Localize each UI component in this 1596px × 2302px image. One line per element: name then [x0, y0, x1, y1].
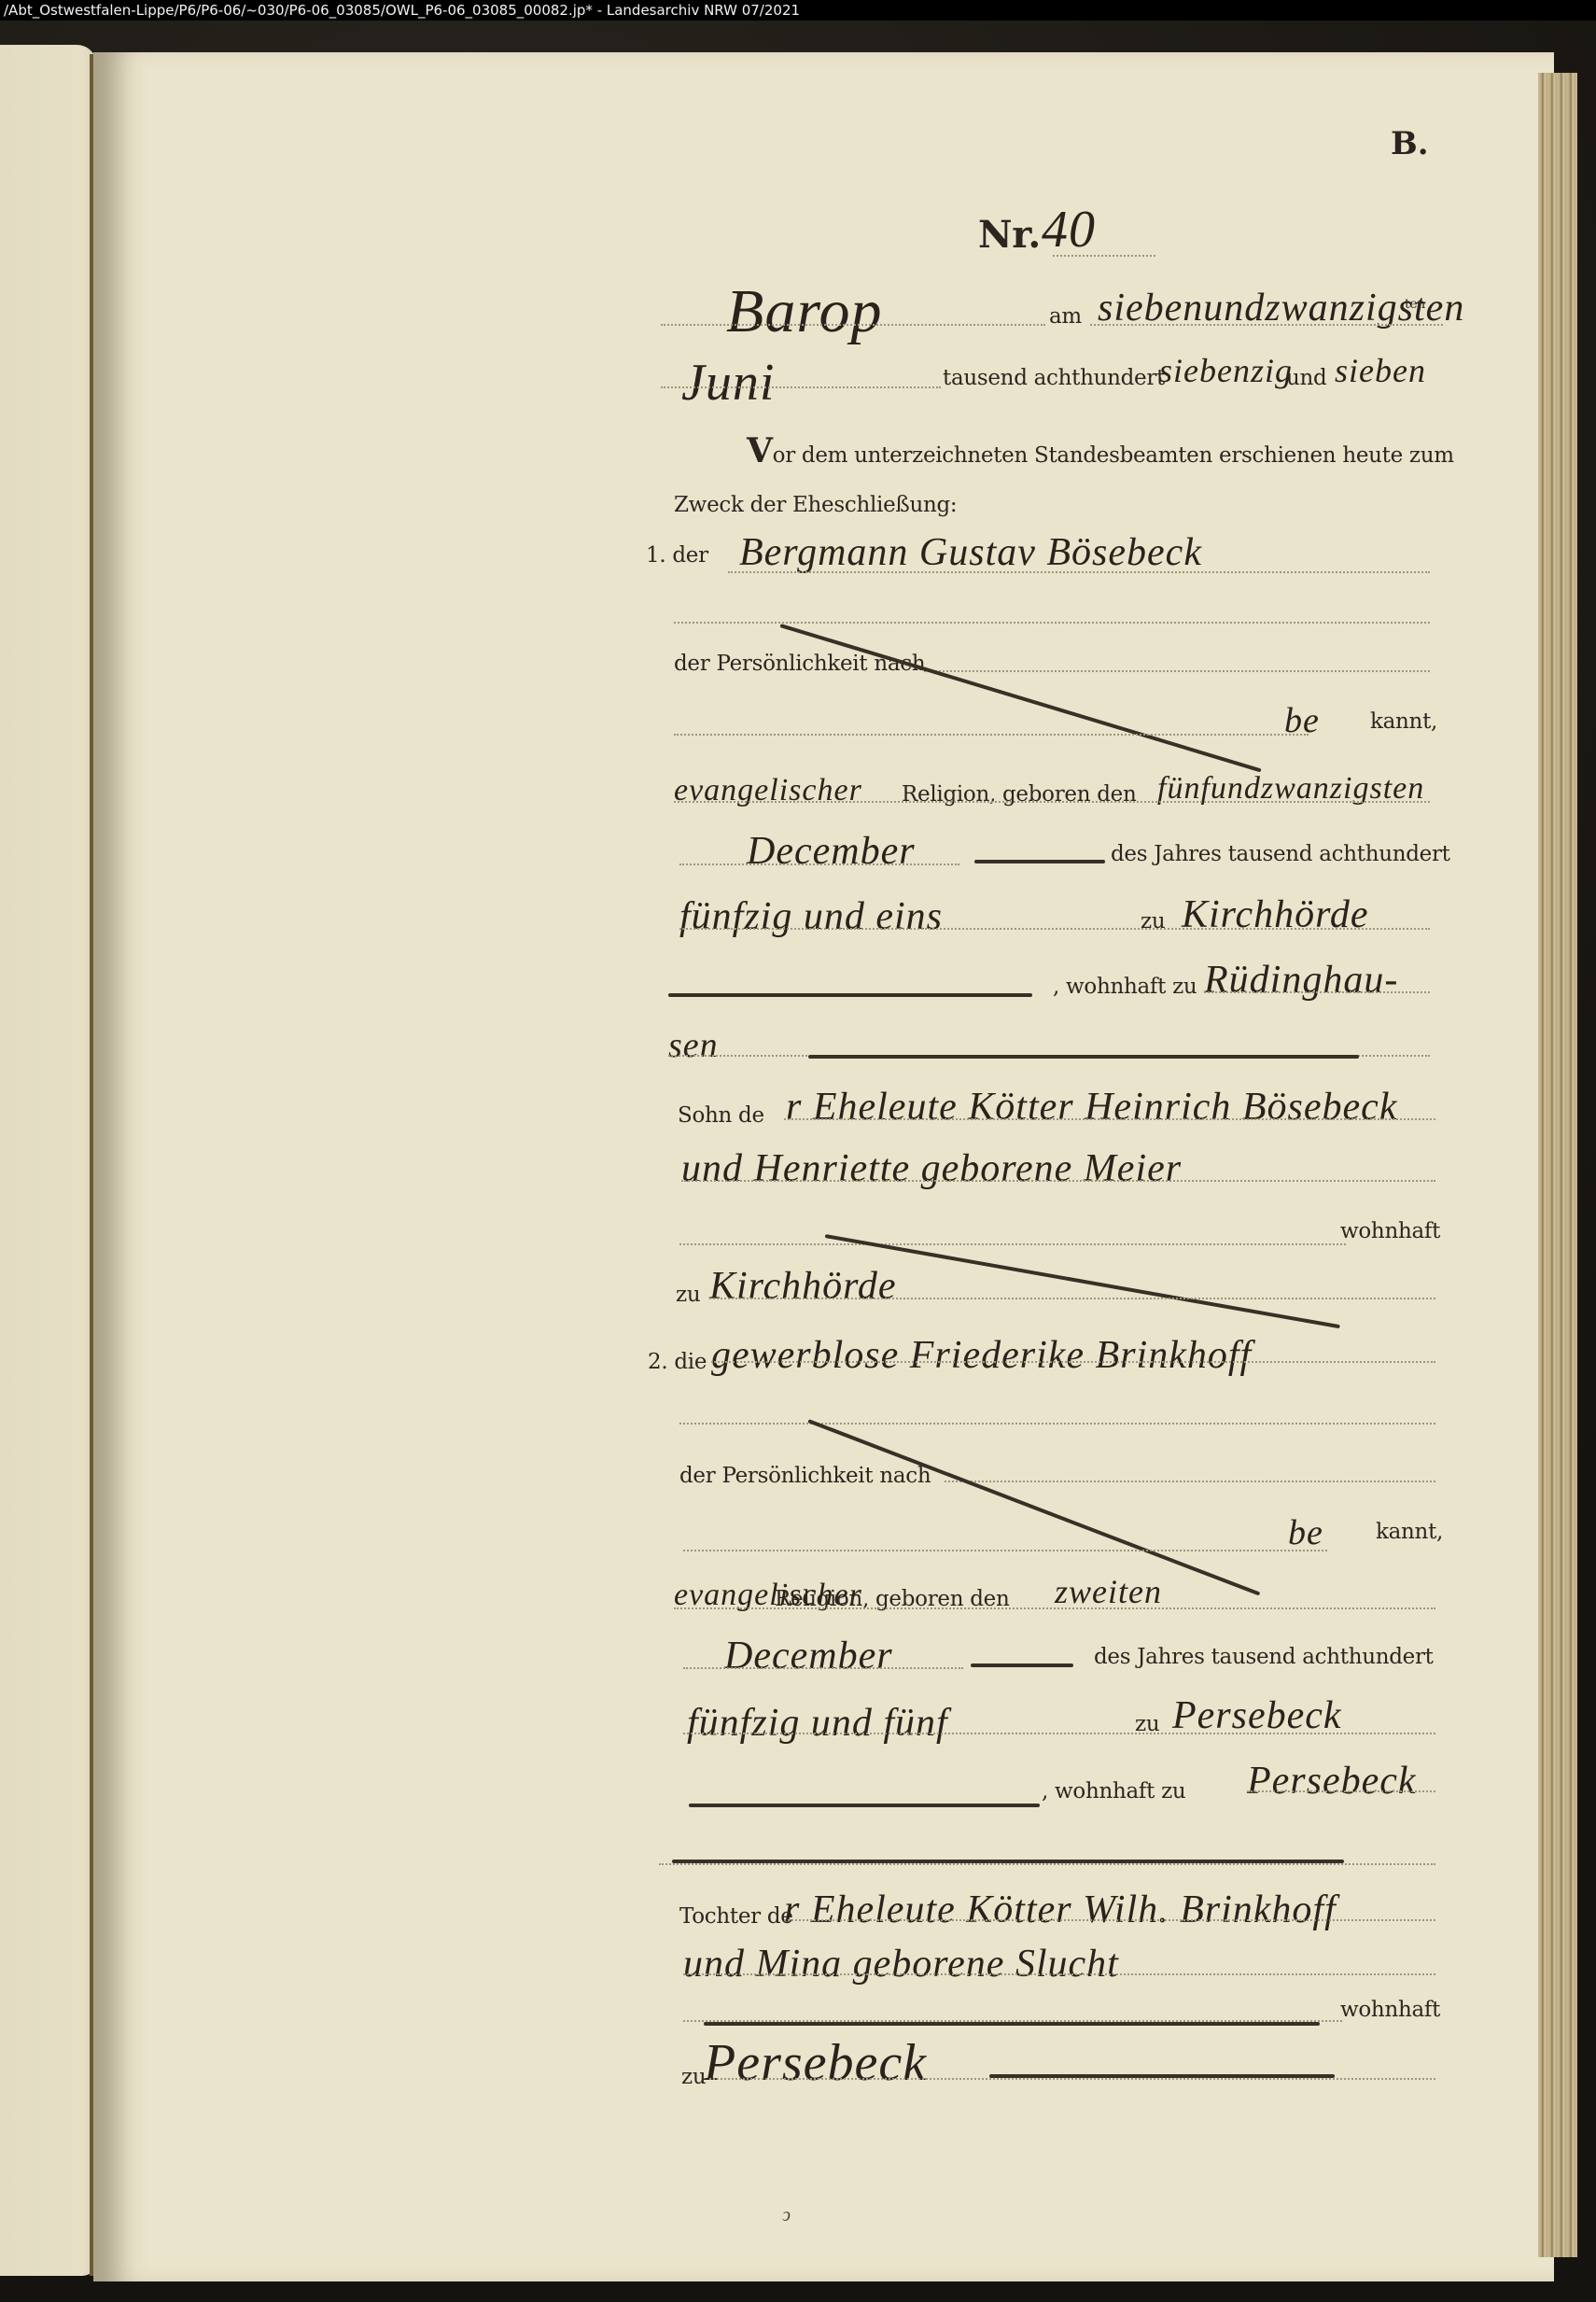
year-tens: siebenzig: [1159, 351, 1293, 390]
groom-residence-fill: [668, 993, 1032, 997]
bride-mother-line: [683, 1973, 1435, 1975]
month-line: [661, 386, 941, 388]
groom-index-label: 1. der: [646, 543, 708, 568]
groom-mother: und Henriette geborene Meier: [681, 1146, 1182, 1191]
record-number-label: Nr.: [978, 213, 1041, 257]
groom-father: r Eheleute Kötter Heinrich Bösebeck: [786, 1085, 1397, 1130]
bride-residence-fill: [689, 1804, 1040, 1807]
groom-known-hand: be: [1284, 700, 1320, 741]
year-and: und: [1286, 366, 1326, 390]
record-number-line: [1053, 255, 1155, 257]
month-written: Juni: [681, 353, 775, 413]
groom-parents-res-prefix: zu: [676, 1283, 700, 1307]
place-line: [661, 324, 1045, 326]
bride-parents-res-label: wohnhaft: [1340, 1998, 1440, 2022]
bride-month-fill: [971, 1663, 1073, 1667]
section-letter: B.: [1391, 125, 1429, 162]
groom-birth-place-label: zu: [1141, 909, 1165, 933]
intro-text: or dem unterzeichneten Standesbeamten er…: [773, 443, 1454, 468]
registry-place: Barop: [726, 276, 883, 347]
page-edges: [1538, 73, 1577, 2257]
bride-birth-day: zweiten: [1055, 1572, 1162, 1611]
bride-parents-res-fill: [704, 2022, 1320, 2026]
groom-religion-line: [674, 801, 1430, 803]
day-line: [1090, 324, 1443, 326]
purpose-line: Zweck der Eheschließung:: [674, 493, 957, 517]
groom-known-print: kannt,: [1370, 709, 1437, 734]
groom-religion-label: Religion, geboren den: [902, 782, 1137, 807]
bride-identity-label: der Persönlichkeit nach: [679, 1464, 931, 1488]
bride-birth-place: Persebeck: [1172, 1693, 1342, 1738]
groom-name-line: [728, 571, 1430, 573]
window-title-bar: /Abt_Ostwestfalen-Lippe/P6/P6-06/~030/P6…: [0, 0, 1596, 21]
groom-birth-year: fünfzig und eins: [679, 894, 943, 939]
groom-religion: evangelischer: [674, 773, 862, 808]
bride-parents-res-line: [683, 2020, 1342, 2022]
groom-residence: Rüdinghau-: [1204, 958, 1398, 1003]
bride-residence-line: [1247, 1790, 1435, 1792]
left-page: [0, 45, 97, 2276]
window-title: /Abt_Ostwestfalen-Lippe/P6/P6-06/~030/P6…: [4, 2, 800, 19]
bride-blank-line: [679, 1423, 1435, 1425]
groom-parents-residence: Kirchhörde: [709, 1264, 897, 1309]
bride-residence: Persebeck: [1247, 1759, 1417, 1804]
bride-known-hand: be: [1288, 1512, 1323, 1553]
bride-religion-line: [674, 1607, 1435, 1609]
year-label: tausend achthundert: [943, 366, 1165, 390]
groom-identity-line: [924, 670, 1430, 672]
groom-year-label: des Jahres tausend achthundert: [1111, 842, 1450, 866]
intro-dropcap: V: [747, 431, 773, 470]
bride-mother: und Mina geborene Slucht: [683, 1942, 1119, 1986]
groom-month-line: [679, 863, 959, 865]
bride-blank-line-2: [659, 1863, 1435, 1865]
year-units: sieben: [1335, 351, 1426, 390]
bride-parents-place-line: [709, 2078, 1435, 2080]
groom-birth-month: December: [747, 829, 916, 874]
groom-parent-label: Sohn de: [678, 1103, 764, 1128]
intro-line: Vor dem unterzeichneten Standesbeamten e…: [747, 431, 1454, 470]
bride-father-line: [784, 1919, 1435, 1921]
bride-name-line: [711, 1361, 1435, 1363]
bride-known-line: [683, 1550, 1327, 1551]
groom-blank-line: [674, 622, 1430, 624]
groom-month-fill: [974, 860, 1105, 863]
day-suffix: ten: [1405, 297, 1425, 312]
bride-known-print: kannt,: [1376, 1520, 1443, 1544]
bride-parent-label: Tochter de: [679, 1904, 793, 1929]
groom-residence-label: , wohnhaft zu: [1053, 975, 1197, 999]
groom-birth-place: Kirchhörde: [1182, 892, 1369, 937]
bride-birth-place-label: zu: [1135, 1712, 1159, 1736]
groom-parents-place-line: [709, 1298, 1435, 1299]
groom-cont-fill: [808, 1055, 1359, 1059]
bride-occupation-name: gewerblose Friederike Brinkhoff: [711, 1333, 1252, 1378]
bride-year-label: des Jahres tausend achthundert: [1094, 1645, 1434, 1669]
bride-month-line: [683, 1667, 963, 1669]
pencil-mark: ↄ: [782, 2205, 791, 2226]
bride-father: r Eheleute Kötter Wilh. Brinkhoff: [784, 1888, 1337, 1932]
groom-parents-res-label: wohnhaft: [1340, 1219, 1440, 1243]
groom-father-line: [784, 1118, 1435, 1120]
bride-residence-label: , wohnhaft zu: [1042, 1779, 1185, 1804]
bride-parents-res-prefix: zu: [681, 2065, 706, 2089]
bride-parents-residence: Persebeck: [704, 2033, 927, 2093]
bride-birth-year: fünfzig und fünf: [687, 1701, 948, 1746]
bride-index-label: 2. die: [648, 1350, 707, 1374]
groom-residence-line: [1204, 991, 1430, 993]
bride-birth-month: December: [724, 1634, 893, 1678]
groom-parents-res-line: [679, 1243, 1346, 1245]
groom-mother-line: [681, 1180, 1435, 1182]
groom-residence-cont: sen: [668, 1025, 719, 1066]
date-prefix: am: [1049, 304, 1082, 329]
groom-known-line: [674, 734, 1309, 736]
groom-occupation-name: Bergmann Gustav Bösebeck: [739, 530, 1202, 575]
record-number: 40: [1042, 200, 1096, 260]
bride-identity-line: [945, 1481, 1435, 1482]
